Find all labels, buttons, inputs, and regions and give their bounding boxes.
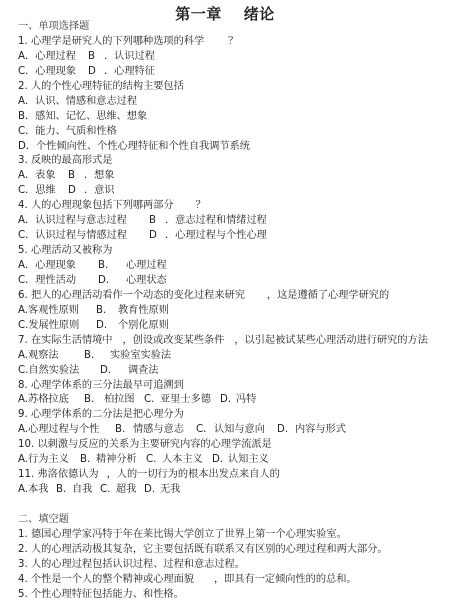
document-page: 第一章绪论 一、单项选择题 1. 心理学是研究人的下列哪种选项的科学？ A．心理… bbox=[0, 0, 450, 600]
fill-item-1: 1. 德国心理学家冯特于年在莱比锡大学创立了世界上第一个心理实验室。 bbox=[18, 527, 450, 542]
question-1-stem: 1. 心理学是研究人的下列哪种选项的科学？ bbox=[18, 35, 450, 50]
question-7-stem: 7. 在实际生活情境中，创设或改变某些条件，以引起被试某些心理活动进行研究的方法… bbox=[18, 334, 450, 349]
question-4-options-row-1: A．认识过程与意志过程B．意志过程和情绪过程 bbox=[18, 214, 450, 229]
question-9-options: A.心理过程与个性B.情感与意志C.认知与意向D.内容与形式 bbox=[18, 423, 450, 438]
question-10-options: A.行为主义B.精神分析C.人本主义D.认知主义 bbox=[18, 453, 450, 468]
question-8-options: A.苏格拉底B.柏拉图C.亚里士多德D.冯特 bbox=[18, 393, 450, 408]
question-1-options-row-2: C．心理现象D．心理特征 bbox=[18, 65, 450, 80]
section-heading-choice: 一、单项选择题 bbox=[18, 20, 450, 35]
section-spacer bbox=[18, 498, 450, 512]
section-heading-fill: 二、填空题 bbox=[18, 512, 450, 527]
question-11-stem: 11. 弗洛依德认为，人的一切行为的根本出发点来自人的 bbox=[18, 468, 450, 483]
question-5-options-row-2: C．理性活动D.心理状态 bbox=[18, 274, 450, 289]
question-5-options-row-1: A．心理现象B.心理过程 bbox=[18, 259, 450, 274]
question-6-stem: 6. 把人的心理活动看作一个动态的变化过程来研究，这是遵循了心理学研究的 bbox=[18, 289, 450, 304]
question-3-options-row-1: A．表象B．想象 bbox=[18, 169, 450, 184]
fill-item-2: 2. 人的心理活动极其复杂，它主要包括既有联系又有区别的心理过程和两大部分。 bbox=[18, 542, 450, 557]
question-5-stem: 5. 心理活动又被称为 bbox=[18, 244, 450, 259]
question-2-stem: 2. 人的个性心理特征的结构主要包括 bbox=[18, 80, 450, 95]
question-4-stem: 4. 人的心理现象包括下列哪两部分？ bbox=[18, 199, 450, 214]
question-8-stem: 8. 心理学体系的三分法最早可追溯到 bbox=[18, 379, 450, 394]
question-10-stem: 10. 以刺激与反应的关系为主要研究内容的心理学流派是 bbox=[18, 438, 450, 453]
fill-item-4: 4. 个性是一个人的整个精神或心理面貌，即具有一定倾向性的的总和。 bbox=[18, 572, 450, 587]
question-9-stem: 9. 心理学体系的二分法是把心理分为 bbox=[18, 408, 450, 423]
question-7-options-row-2: C.自然实验法D.调查法 bbox=[18, 364, 450, 379]
fill-item-5: 5. 个性心理特征包括能力、和性格。 bbox=[18, 587, 450, 600]
question-3-stem: 3. 反映的最高形式是 bbox=[18, 154, 450, 169]
fill-in-section: 二、填空题 1. 德国心理学家冯特于年在莱比锡大学创立了世界上第一个心理实验室。… bbox=[18, 512, 450, 600]
document-content: 一、单项选择题 1. 心理学是研究人的下列哪种选项的科学？ A．心理过程B．认识… bbox=[18, 20, 450, 600]
question-2-option-c: C．能力、气质和性格 bbox=[18, 125, 450, 140]
question-2-option-a: A．认识、情感和意志过程 bbox=[18, 95, 450, 110]
question-6-options-row-1: A.客观性原则B.教育性原则 bbox=[18, 304, 450, 319]
question-4-options-row-2: C．认识过程与情感过程D．心理过程与个性心理 bbox=[18, 229, 450, 244]
fill-item-3: 3. 人的心理过程包括认识过程、过程和意志过程。 bbox=[18, 557, 450, 572]
question-7-options-row-1: A.观察法B.实验室实验法 bbox=[18, 349, 450, 364]
question-11-options: A.本我B.自我C.超我D.无我 bbox=[18, 483, 450, 498]
question-1-options-row-1: A．心理过程B．认识过程 bbox=[18, 50, 450, 65]
question-6-options-row-2: C.发展性原则D.个别化原则 bbox=[18, 319, 450, 334]
question-3-options-row-2: C．思维D．意识 bbox=[18, 184, 450, 199]
question-2-option-b: B．感知、记忆、思维、想象 bbox=[18, 110, 450, 125]
question-2-option-d: D．个性倾向性、个性心理特征和个性自我调节系统 bbox=[18, 140, 450, 155]
